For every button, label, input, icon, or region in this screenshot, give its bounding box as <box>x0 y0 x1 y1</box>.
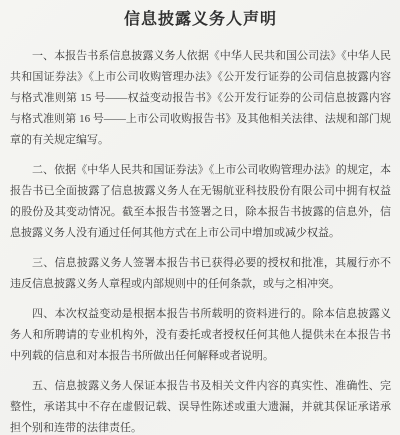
document-page: 信息披露义务人声明 一、本报告书系信息披露义务人依据《中华人民共和国公司法》《中… <box>0 0 400 435</box>
paragraph-declaration-1: 一、本报告书系信息披露义务人依据《中华人民共和国公司法》《中华人民共和国证券法》… <box>10 46 391 151</box>
paragraph-declaration-3: 三、信息披露义务人签署本报告书已获得必要的授权和批准，其履行亦不违反信息披露义务… <box>10 253 391 295</box>
paragraph-declaration-4: 四、本次权益变动是根据本报告书所载明的资料进行的。除本信息披露义务人和所聘请的专… <box>10 304 391 367</box>
paragraph-declaration-2: 二、依据《中华人民共和国证券法》《上市公司收购管理办法》的规定，本报告书已全面披… <box>10 160 391 244</box>
document-title: 信息披露义务人声明 <box>10 8 391 32</box>
paragraph-declaration-5: 五、信息披露义务人保证本报告书及相关文件内容的真实性、准确性、完整性，承诺其中不… <box>10 376 391 435</box>
